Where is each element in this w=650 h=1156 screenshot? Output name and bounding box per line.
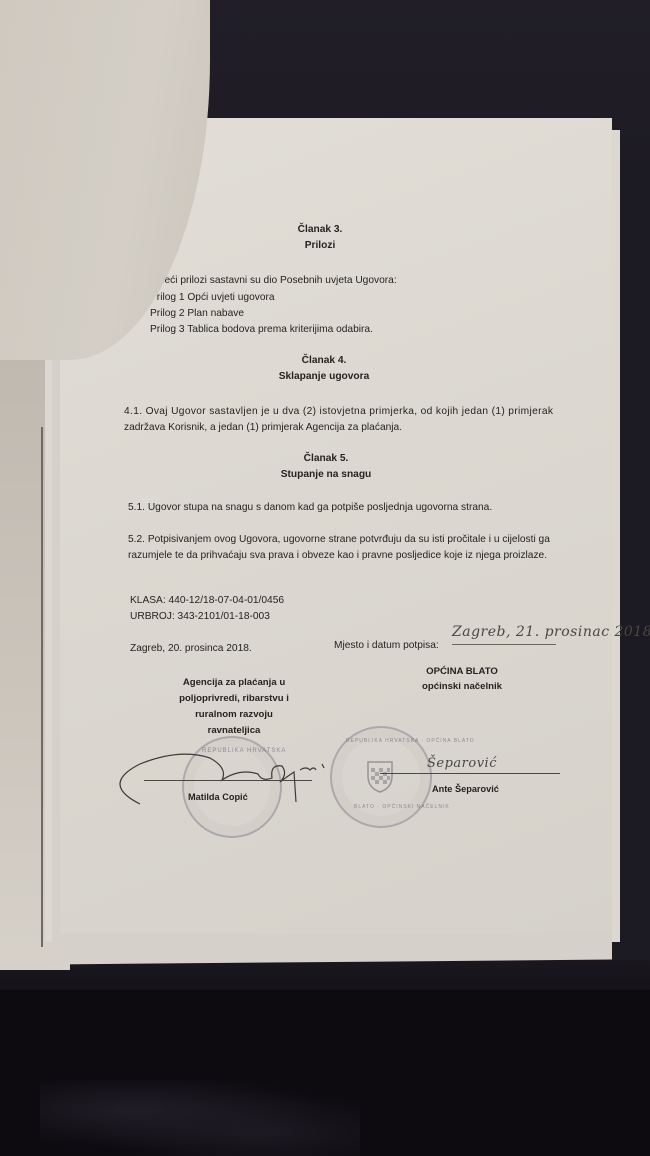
attachment-item: Prilog 2 Plan nabave <box>150 308 244 320</box>
attachment-item: Prilog 1 Opći uvjeti ugovora <box>150 292 275 304</box>
party-right-title: općinski načelnik <box>422 681 502 693</box>
sheet-edge-line <box>41 427 43 947</box>
signature-line-right <box>380 773 560 774</box>
clause-4-1: 4.1. Ovaj Ugovor sastavljen je u dva (2)… <box>124 406 553 418</box>
handwritten-signature-right: Šeparović <box>427 758 497 770</box>
urbroj: URBROJ: 343-2101/01-18-003 <box>130 611 270 623</box>
clause-5-2-cont: razumjele te da prihvaćaju sva prava i o… <box>128 550 547 562</box>
article-3-heading: Članak 3. <box>298 224 343 236</box>
signature-place-label: Mjesto i datum potpisa: <box>334 640 439 652</box>
party-right-name: OPĆINA BLATO <box>426 666 498 678</box>
clause-4-1-cont: zadržava Korisnik, a jedan (1) primjerak… <box>124 422 402 434</box>
party-left-line: ruralnom razvoju <box>195 709 273 721</box>
signatory-right: Ante Šeparović <box>432 783 499 795</box>
clause-5-1: 5.1. Ugovor stupa na snagu s danom kad g… <box>128 502 492 514</box>
place-underline <box>452 644 556 645</box>
clause-5-2: 5.2. Potpisivanjem ovog Ugovora, ugovorn… <box>128 534 550 546</box>
background-pattern <box>40 1080 360 1156</box>
article-3-title: Prilozi <box>305 240 336 252</box>
article-4-heading: Članak 4. <box>302 355 347 367</box>
article-5-title: Stupanje na snagu <box>281 469 372 481</box>
attachment-item: Prilog 3 Tablica bodova prema kriterijim… <box>150 324 373 336</box>
article-4-title: Sklapanje ugovora <box>279 371 370 383</box>
party-left-line: Agencija za plaćanja u <box>183 677 285 689</box>
article-5-heading: Članak 5. <box>304 453 349 465</box>
klasa: KLASA: 440-12/18-07-04-01/0456 <box>130 595 284 607</box>
signature-place-handwritten: Zagreb, 21. prosinac 2018. <box>452 626 650 638</box>
place-date: Zagreb, 20. prosinca 2018. <box>130 643 252 655</box>
party-left-line: poljoprivredi, ribarstvu i <box>179 693 289 705</box>
handwritten-signature-left <box>110 744 370 814</box>
signatory-left: Matilda Copić <box>188 791 248 803</box>
signature-line-left <box>144 780 312 781</box>
